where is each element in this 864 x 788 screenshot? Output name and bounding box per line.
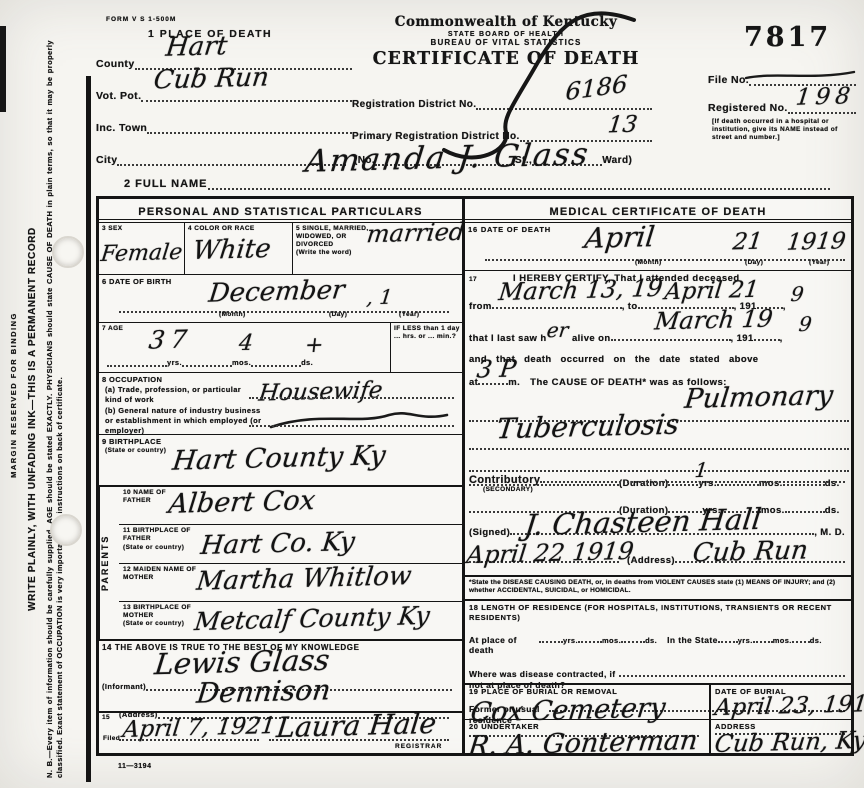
contributory-label: Contributory: [469, 474, 540, 486]
inc-town-row: Inc. Town: [96, 118, 352, 134]
burial-date-cell: DATE OF BURIAL April 23, 1919: [711, 685, 851, 720]
undertaker-cell: 20 UNDERTAKER R. A. Gonterman: [465, 720, 709, 754]
dod-hint-month: (Month): [635, 259, 662, 267]
from-value: March 13, 19: [497, 274, 664, 306]
burial-place-cell: 19 PLACE OF BURIAL OR REMOVAL Cox Cemete…: [465, 685, 709, 720]
inc-town-label: Inc. Town: [96, 122, 147, 134]
burial-grid: 19 PLACE OF BURIAL OR REMOVAL Cox Cemete…: [465, 685, 851, 753]
dod-hint-year: (Year): [809, 259, 829, 267]
certify-block: 17 I HEREBY CERTIFY, That I attended dec…: [465, 271, 851, 467]
punch-hole-top: [52, 236, 84, 268]
informant-label: (Informant): [102, 682, 146, 692]
form-number: FORM V S 1-500M: [106, 16, 176, 24]
residence-mos-line: [578, 627, 602, 643]
occupation-a-label: (a) Trade, profession, or particular kin…: [99, 385, 255, 405]
parents-vertical-label: PARENTS: [99, 487, 119, 639]
saw-er-value: er: [545, 317, 569, 342]
full-name-label: 2 FULL NAME: [124, 178, 208, 190]
file-no-label: File No.: [708, 74, 749, 86]
saw-value: March 19: [653, 304, 774, 335]
residence-yrs-line: [539, 627, 563, 643]
pen-flourish: [316, 0, 646, 200]
margin-nb-note: N. B.—Every item of information should b…: [45, 40, 85, 778]
dob-hint-month: (Month): [219, 311, 246, 319]
dob-hint-year: (Year): [399, 311, 419, 319]
age-ds-line: [251, 351, 301, 367]
father-birthplace-value: Hart Co. Ky: [199, 527, 356, 561]
punch-hole-bottom: [50, 514, 82, 546]
to-comma: ,: [783, 301, 786, 312]
to-year-digit: 9: [790, 282, 806, 306]
dob-hint-day: (Day): [329, 311, 347, 319]
in-state-label: In the State: [667, 635, 718, 645]
medical-section-title: MEDICAL CERTIFICATE OF DEATH: [465, 199, 851, 223]
hospital-note: [If death occurred in a hospital or inst…: [712, 118, 858, 142]
saw-mid: alive on: [572, 333, 611, 344]
age-row: 7 AGE yrs. mos. ds. 37 4 + IF LESS than …: [99, 323, 462, 373]
informant-section: 14 THE ABOVE IS TRUE TO THE BEST OF MY K…: [99, 641, 462, 713]
from-label: from: [469, 301, 492, 312]
parents-group: PARENTS 10 NAME OF FATHER Albert Cox 11 …: [99, 487, 462, 641]
parents-fields: 10 NAME OF FATHER Albert Cox 11 BIRTHPLA…: [119, 487, 462, 639]
cause-line2-value: Tuberculosis: [495, 408, 681, 446]
mother-name-label: 12 MAIDEN NAME OF MOTHER: [119, 564, 203, 582]
occupation-row: 8 OCCUPATION (a) Trade, profession, or p…: [99, 373, 462, 435]
md-label: , M. D.: [814, 527, 845, 538]
residence-ds: ds.: [645, 636, 657, 646]
mother-birthplace-row: 13 BIRTHPLACE OF MOTHER (State or countr…: [119, 602, 462, 639]
signed-address-label: (Address): [627, 555, 675, 566]
mother-birthplace-value: Metcalf County Ky: [193, 601, 431, 636]
burial-right-col: DATE OF BURIAL April 23, 1919 ADDRESS Cu…: [711, 685, 851, 753]
undertaker-address-value: Cub Run, Ky: [713, 726, 864, 758]
margin-rule: [86, 76, 91, 782]
margin-write-plainly-note: WRITE PLAINLY, WITH UNFADING INK—THIS IS…: [24, 68, 41, 770]
at-value: 3 P: [475, 354, 517, 383]
race-cell: 4 COLOR OR RACE White: [185, 223, 293, 274]
saw-comma: ,: [780, 333, 783, 344]
residence-ds-line: [621, 627, 645, 643]
saw-year-prefix: , 191: [731, 333, 754, 344]
signed-address-value: Cub Run: [691, 536, 809, 569]
age-unit-mos: mos.: [232, 358, 251, 368]
state-ds: ds.: [810, 636, 822, 646]
city-label: City: [96, 154, 117, 166]
birthplace-value: Hart County Ky: [171, 440, 387, 477]
sex-value: Female: [99, 240, 183, 267]
state-mos-line: [753, 627, 773, 643]
precinct-label: Vot. Pot.: [96, 90, 141, 102]
father-birthplace-row: 11 BIRTHPLACE OF FATHER (State or countr…: [119, 525, 462, 563]
dob-row: 6 DATE OF BIRTH December , 1 (Month) (Da…: [99, 275, 462, 323]
medical-section: MEDICAL CERTIFICATE OF DEATH 16 DATE OF …: [465, 199, 851, 753]
mother-birthplace-label: 13 BIRTHPLACE OF MOTHER: [119, 602, 203, 620]
birthplace-row: 9 BIRTHPLACE (State or country) Hart Cou…: [99, 435, 462, 487]
informant-address-value: Dennison: [195, 673, 333, 709]
scan-edge-mark: [0, 26, 6, 112]
residence-section: 18 LENGTH OF RESIDENCE (FOR HOSPITALS, I…: [465, 601, 851, 685]
signed-value: J. Chasteen Hall: [523, 502, 764, 542]
age-days-value: +: [304, 333, 325, 358]
certify-number: 17: [469, 276, 477, 284]
registrar-line: [269, 725, 449, 741]
age-unit-yrs: yrs.: [167, 358, 182, 368]
occupation-b-line: [249, 411, 454, 427]
state-ds-line: [792, 627, 810, 643]
signed-label: (Signed): [469, 527, 510, 538]
sex-cell: 3 SEX Female: [99, 223, 185, 274]
cause-line1-value: Pulmonary: [683, 380, 835, 415]
father-name-row: 10 NAME OF FATHER Albert Cox: [119, 487, 462, 525]
occurred-text: and that death occurred on the date stat…: [469, 354, 845, 365]
county-value: Hart: [164, 31, 229, 63]
registrar-label: REGISTRAR: [395, 743, 442, 751]
duration2-ds-line: [785, 497, 825, 513]
dod-line: [485, 245, 845, 261]
certificate-number: 7817: [744, 22, 831, 53]
burial-left-col: 19 PLACE OF BURIAL OR REMOVAL Cox Cemete…: [465, 685, 711, 753]
burial-date-value: April 23, 1919: [713, 691, 864, 721]
father-birthplace-label: 11 BIRTHPLACE OF FATHER: [119, 525, 203, 543]
contributory-line: [540, 467, 845, 483]
certificate-body: PERSONAL AND STATISTICAL PARTICULARS 3 S…: [96, 196, 854, 756]
cause-footnote: *State the DISEASE CAUSING DEATH, or, in…: [465, 575, 851, 601]
contributory-row: Contributory (SECONDARY): [465, 467, 851, 491]
to-value: April 21: [663, 277, 760, 305]
occupation-b-label: (b) General nature of industry business …: [99, 404, 270, 435]
county-label: County: [96, 58, 135, 70]
dod-hint-day: (Day): [745, 259, 763, 267]
undertaker-address-cell: ADDRESS Cub Run, Ky: [711, 720, 851, 754]
age-cell: 7 AGE yrs. mos. ds. 37 4 +: [99, 323, 390, 372]
race-value: White: [191, 234, 272, 266]
signed-date-row: (Address) April 22 1919 Cub Run: [465, 545, 851, 575]
precinct-value: Cub Run: [152, 63, 270, 96]
marital-value: married: [365, 218, 466, 249]
state-yrs: yrs.: [738, 636, 753, 646]
age-less-note: IF LESS than 1 day ... hrs. or ... min.?: [390, 323, 462, 372]
occupation-a-line: [249, 383, 454, 399]
filed-row: 15 Filed April 7, 1921 Laura Hale REGIST…: [99, 713, 462, 753]
registered-no-label: Registered No.: [708, 102, 788, 114]
residence-title: 18 LENGTH OF RESIDENCE (FOR HOSPITALS, I…: [469, 603, 845, 623]
pen-stroke-file-no: [744, 66, 856, 82]
at-place-label: At place of death: [469, 635, 539, 655]
race-label: 4 COLOR OR RACE: [185, 223, 292, 233]
saw-year-digit: 9: [798, 311, 814, 335]
saw-prefix: that I last saw h: [469, 333, 547, 344]
mother-name-value: Martha Whitlow: [195, 561, 413, 597]
father-name-value: Albert Cox: [167, 485, 317, 520]
age-months-value: 4: [238, 331, 255, 356]
filed-label: Filed: [103, 735, 120, 743]
age-unit-ds: ds.: [301, 358, 313, 368]
form-footer-code: 11—3194: [118, 763, 151, 770]
personal-section: PERSONAL AND STATISTICAL PARTICULARS 3 S…: [99, 199, 465, 753]
death-certificate-scan: MARGIN RESERVED FOR BINDING WRITE PLAINL…: [0, 0, 864, 788]
state-yrs-line: [718, 627, 738, 643]
contracted-line: [619, 661, 845, 677]
age-years-value: 37: [147, 324, 194, 354]
sex-label: 3 SEX: [99, 223, 184, 233]
registered-no-value: 198: [794, 83, 856, 111]
residence-yrs: yrs.: [563, 636, 578, 646]
undertaker-value: R. A. Gonterman: [467, 725, 700, 762]
signed-date-value: April 22 1919: [465, 537, 635, 569]
state-mos: mos.: [773, 636, 792, 646]
residence-mos: mos.: [602, 636, 621, 646]
filed-date-line: [119, 725, 259, 741]
marital-cell: 5 SINGLE, MARRIED, WIDOWED, OR DIVORCED …: [293, 223, 462, 274]
margin-binding-note: MARGIN RESERVED FOR BINDING: [7, 235, 20, 555]
mother-name-row: 12 MAIDEN NAME OF MOTHER Martha Whitlow: [119, 564, 462, 602]
date-of-death-row: 16 DATE OF DEATH April 21 1919 (Month) (…: [465, 223, 851, 271]
certificate-header: FORM V S 1-500M 1 PLACE OF DEATH County …: [96, 14, 856, 196]
marital-hint: (Write the word): [293, 249, 462, 257]
sex-race-marital-row: 3 SEX Female 4 COLOR OR RACE White 5 SIN…: [99, 223, 462, 275]
